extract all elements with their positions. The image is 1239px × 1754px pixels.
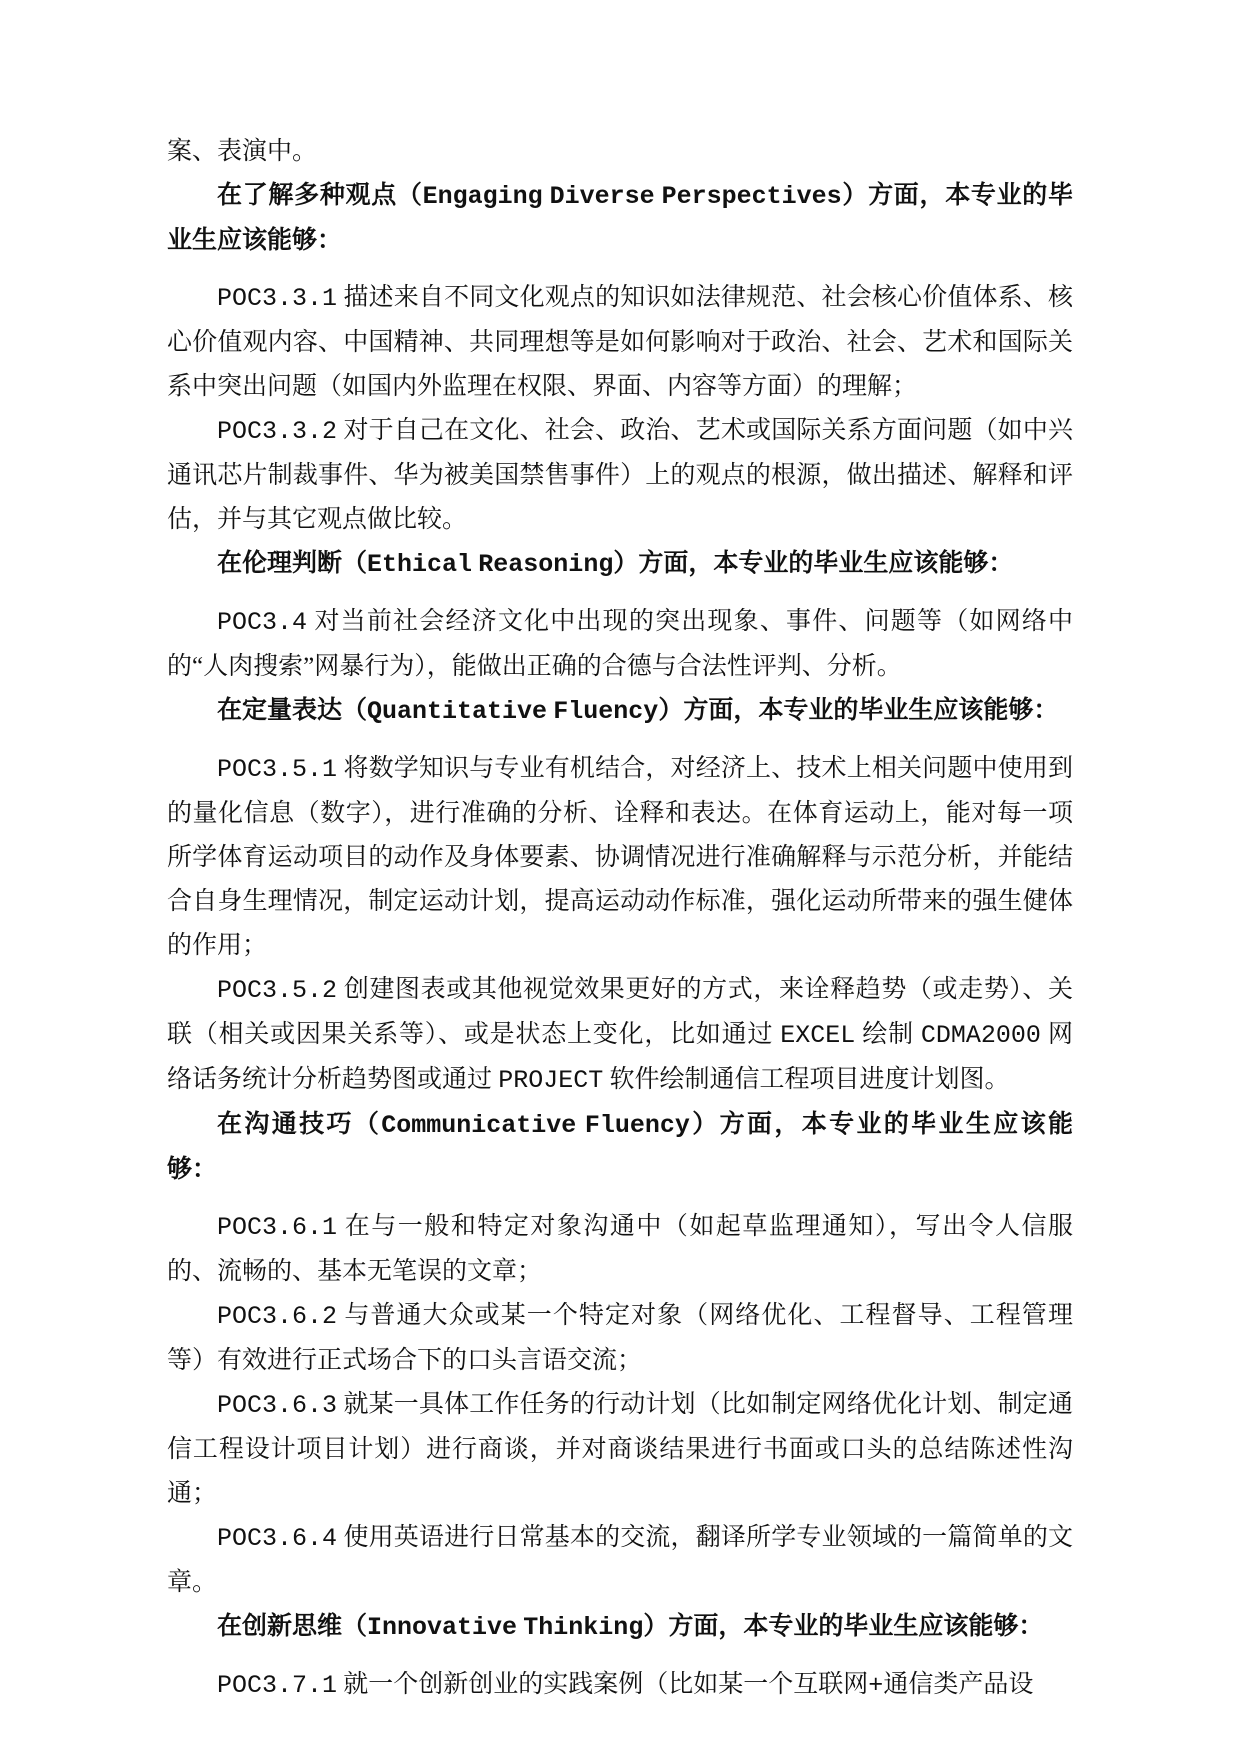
paragraph-poc-3-6-2: POC3.6.2 与普通大众或某一个特定对象（网络优化、工程督导、工程管理等）有… xyxy=(167,1294,1073,1383)
section-heading-diverse-perspectives: 在了解多种观点（Engaging Diverse Perspectives）方面… xyxy=(167,174,1073,263)
paragraph-poc-3-6-1: POC3.6.1 在与一般和特定对象沟通中（如起草监理通知），写出令人信服的、流… xyxy=(167,1205,1073,1294)
paragraph-poc-3-3-2: POC3.3.2 对于自己在文化、社会、政治、艺术或国际关系方面问题（如中兴通讯… xyxy=(167,409,1073,542)
section-heading-quantitative-fluency: 在定量表达（Quantitative Fluency）方面，本专业的毕业生应该能… xyxy=(167,689,1073,734)
section-heading-ethical-reasoning: 在伦理判断（Ethical Reasoning）方面，本专业的毕业生应该能够： xyxy=(167,542,1073,587)
document-content: 案、表演中。 在了解多种观点（Engaging Diverse Perspect… xyxy=(167,130,1073,1708)
paragraph-poc-3-7-1: POC3.7.1 就一个创新创业的实践案例（比如某一个互联网+通信类产品设 xyxy=(167,1663,1073,1708)
paragraph-poc-3-5-1: POC3.5.1 将数学知识与专业有机结合，对经济上、技术上相关问题中使用到的量… xyxy=(167,747,1073,968)
paragraph-continuation: 案、表演中。 xyxy=(167,130,1073,174)
paragraph-poc-3-3-1: POC3.3.1 描述来自不同文化观点的知识如法律规范、社会核心价值体系、核心价… xyxy=(167,276,1073,409)
document-page: 案、表演中。 在了解多种观点（Engaging Diverse Perspect… xyxy=(0,0,1239,1754)
section-heading-innovative-thinking: 在创新思维（Innovative Thinking）方面，本专业的毕业生应该能够… xyxy=(167,1605,1073,1650)
paragraph-poc-3-5-2: POC3.5.2 创建图表或其他视觉效果更好的方式，来诠释趋势（或走势）、关联（… xyxy=(167,968,1073,1103)
paragraph-poc-3-4: POC3.4 对当前社会经济文化中出现的突出现象、事件、问题等（如网络中的“人肉… xyxy=(167,600,1073,689)
paragraph-poc-3-6-3: POC3.6.3 就某一具体工作任务的行动计划（比如制定网络优化计划、制定通信工… xyxy=(167,1383,1073,1516)
paragraph-poc-3-6-4: POC3.6.4 使用英语进行日常基本的交流，翻译所学专业领域的一篇简单的文章。 xyxy=(167,1516,1073,1605)
section-heading-communicative-fluency: 在沟通技巧（Communicative Fluency）方面，本专业的毕业生应该… xyxy=(167,1103,1073,1192)
